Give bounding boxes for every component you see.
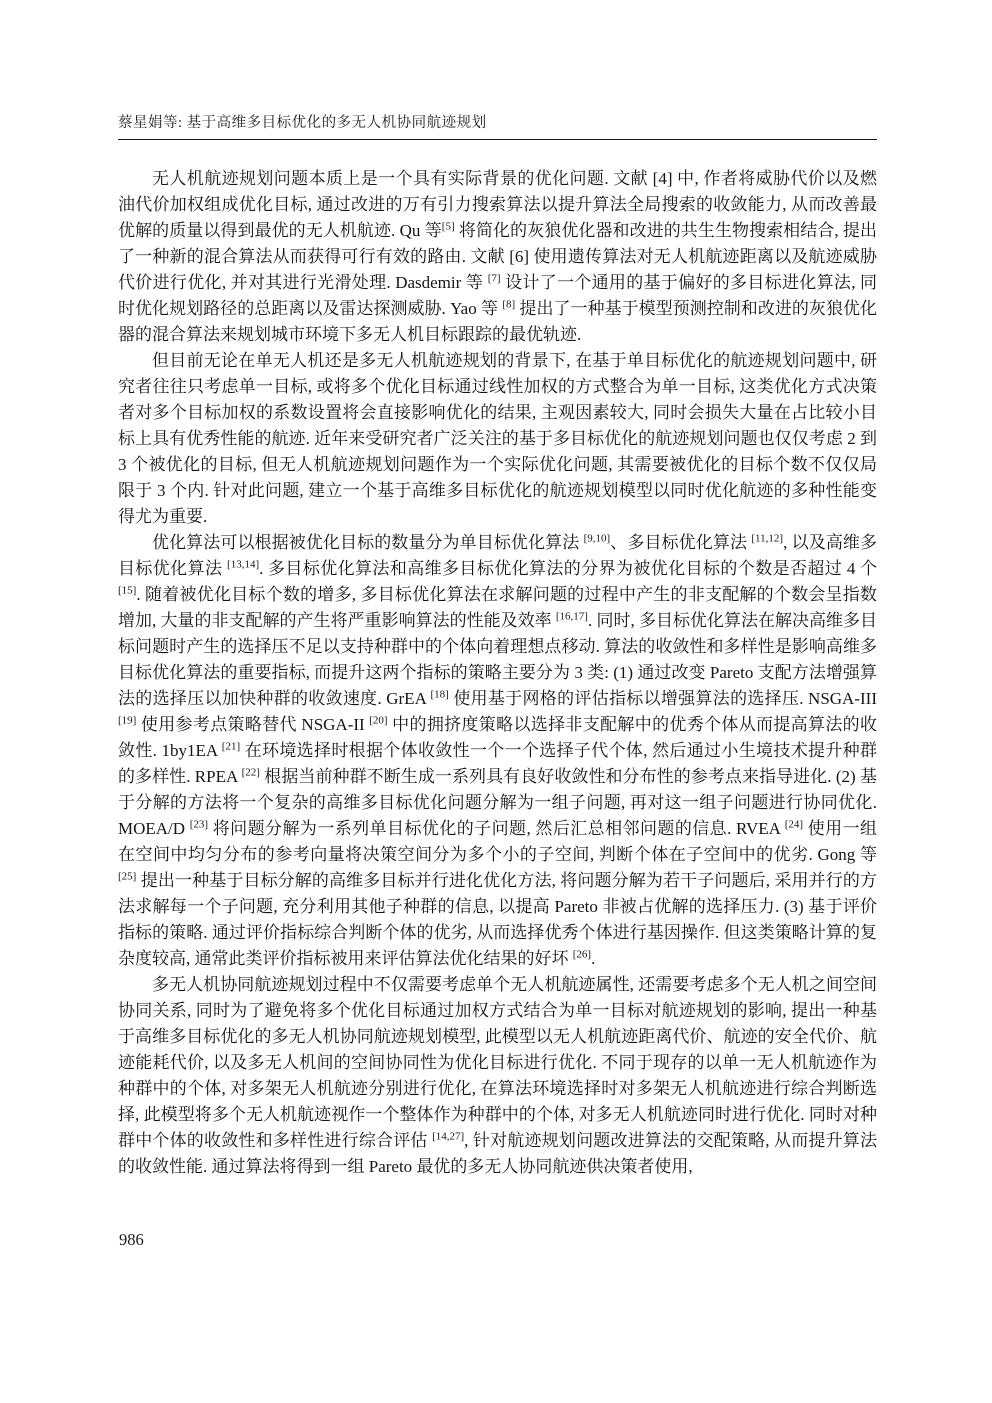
citation-ref: [15] — [118, 584, 136, 596]
citation-ref: [25] — [118, 870, 136, 882]
citation-ref: [18] — [430, 688, 448, 700]
header-rule — [118, 139, 877, 140]
citation-ref: [5] — [442, 220, 455, 232]
citation-ref: [13,14] — [227, 558, 259, 570]
paper-page: 蔡星娟等: 基于高维多目标优化的多无人机协同航迹规划 无人机航迹规划问题本质上是… — [0, 0, 992, 1403]
article-body: 无人机航迹规划问题本质上是一个具有实际背景的优化问题. 文献 [4] 中, 作者… — [118, 166, 877, 1180]
citation-ref: [9,10] — [584, 532, 611, 544]
paragraph: 无人机航迹规划问题本质上是一个具有实际背景的优化问题. 文献 [4] 中, 作者… — [118, 166, 877, 348]
citation-ref: [20] — [369, 714, 387, 726]
citation-ref: [14,27] — [432, 1130, 464, 1142]
running-header-title: 蔡星娟等: 基于高维多目标优化的多无人机协同航迹规划 — [118, 113, 877, 133]
page-number: 986 — [119, 1229, 144, 1251]
paragraph: 优化算法可以根据被优化目标的数量分为单目标优化算法 [9,10]、多目标优化算法… — [118, 530, 877, 972]
citation-ref: [7] — [488, 272, 501, 284]
citation-ref: [26] — [573, 948, 591, 960]
citation-ref: [24] — [785, 818, 803, 830]
citation-ref: [22] — [242, 766, 260, 778]
citation-ref: [8] — [502, 298, 515, 310]
citation-ref: [21] — [222, 740, 240, 752]
citation-ref: [19] — [118, 714, 136, 726]
citation-ref: [11,12] — [751, 532, 783, 544]
citation-ref: [16,17] — [556, 610, 588, 622]
citation-ref: [23] — [190, 818, 208, 830]
paragraph: 多无人机协同航迹规划过程中不仅需要考虑单个无人机航迹属性, 还需要考虑多个无人机… — [118, 972, 877, 1180]
paragraph: 但目前无论在单无人机还是多无人机航迹规划的背景下, 在基于单目标优化的航迹规划问… — [118, 348, 877, 530]
